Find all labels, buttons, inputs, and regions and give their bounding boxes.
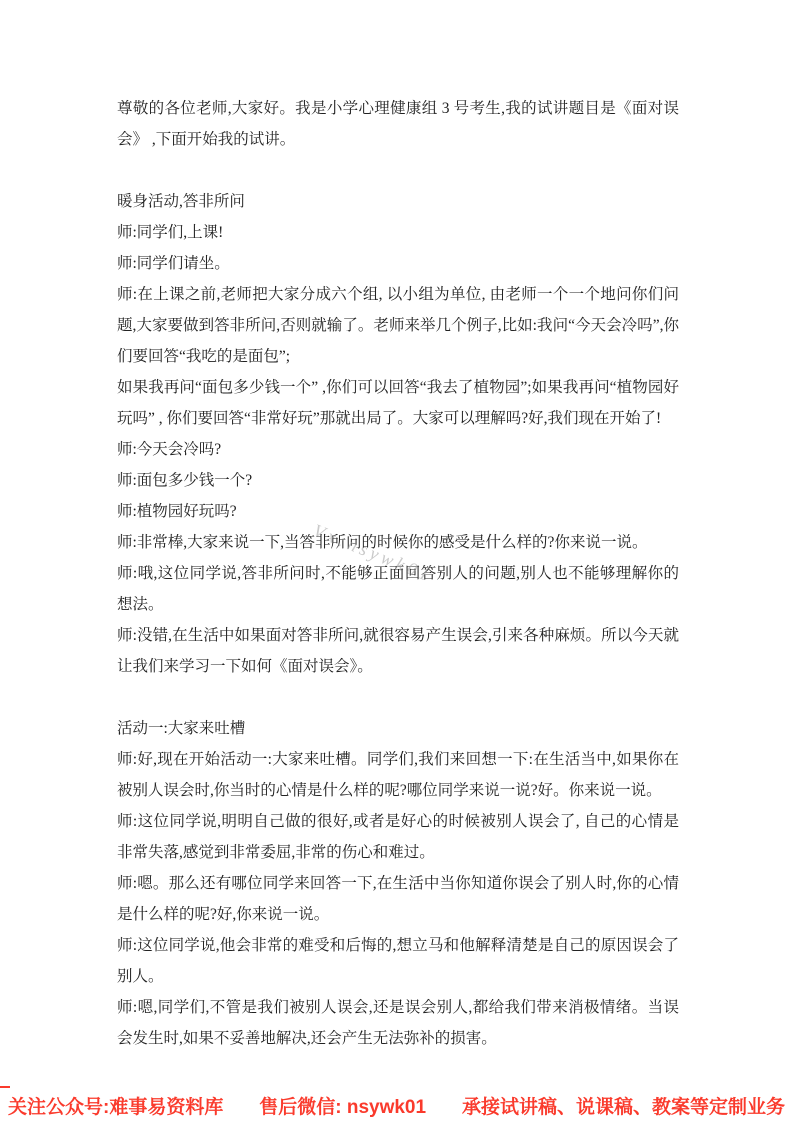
paragraph: 师:同学们请坐。 bbox=[117, 248, 679, 279]
paragraph: 师:面包多少钱一个? bbox=[117, 465, 679, 496]
blank-line bbox=[117, 155, 679, 186]
footer-services: 承接试讲稿、说课稿、教案等定制业务 bbox=[462, 1092, 785, 1119]
paragraph-intro: 尊敬的各位老师,大家好。我是小学心理健康组 3 号考生,我的试讲题目是《面对误会… bbox=[117, 93, 679, 155]
section-heading-warmup: 暖身活动,答非所问 bbox=[117, 186, 679, 217]
paragraph: 师:同学们,上课! bbox=[117, 217, 679, 248]
section-heading-activity1: 活动一:大家来吐槽 bbox=[117, 713, 679, 744]
paragraph: 师:嗯。那么还有哪位同学来回答一下,在生活中当你知道你误会了别人时,你的心情是什… bbox=[117, 868, 679, 930]
document-page: 尊敬的各位老师,大家好。我是小学心理健康组 3 号考生,我的试讲题目是《面对误会… bbox=[0, 0, 793, 1122]
paragraph: 师:嗯,同学们,不管是我们被别人误会,还是误会别人,都给我们带来消极情绪。当误会… bbox=[117, 992, 679, 1054]
paragraph: 师:好,现在开始活动一:大家来吐槽。同学们,我们来回想一下:在生活当中,如果你在… bbox=[117, 744, 679, 806]
paragraph: 师:植物园好玩吗? bbox=[117, 496, 679, 527]
paragraph: 如果我再问“面包多少钱一个” ,你们可以回答“我去了植物园”;如果我再问“植物园… bbox=[117, 372, 679, 434]
paragraph: 师:这位同学说,他会非常的难受和后悔的,想立马和他解释清楚是自己的原因误会了别人… bbox=[117, 930, 679, 992]
paragraph: 师:非常棒,大家来说一下,当答非所问的时候你的感受是什么样的?你来说一说。 bbox=[117, 527, 679, 558]
paragraph: 师:在上课之前,老师把大家分成六个组, 以小组为单位, 由老师一个一个地问你们问… bbox=[117, 279, 679, 372]
paragraph: 师:没错,在生活中如果面对答非所问,就很容易产生误会,引来各种麻烦。所以今天就让… bbox=[117, 620, 679, 682]
footer-public-account: 关注公众号:难事易资料库 bbox=[8, 1092, 223, 1119]
footer-banner: 关注公众号:难事易资料库 售后微信: nsywk01 承接试讲稿、说课稿、教案等… bbox=[0, 1088, 793, 1122]
footer-wechat-contact: 售后微信: nsywk01 bbox=[259, 1092, 426, 1119]
paragraph: 师:哦,这位同学说,答非所问时,不能够正面回答别人的问题,别人也不能够理解你的想… bbox=[117, 558, 679, 620]
document-body: 尊敬的各位老师,大家好。我是小学心理健康组 3 号考生,我的试讲题目是《面对误会… bbox=[117, 93, 679, 1054]
blank-line bbox=[117, 682, 679, 713]
paragraph: 师:这位同学说,明明自己做的很好,或者是好心的时候被别人误会了, 自己的心情是非… bbox=[117, 806, 679, 868]
paragraph: 师:今天会冷吗? bbox=[117, 434, 679, 465]
